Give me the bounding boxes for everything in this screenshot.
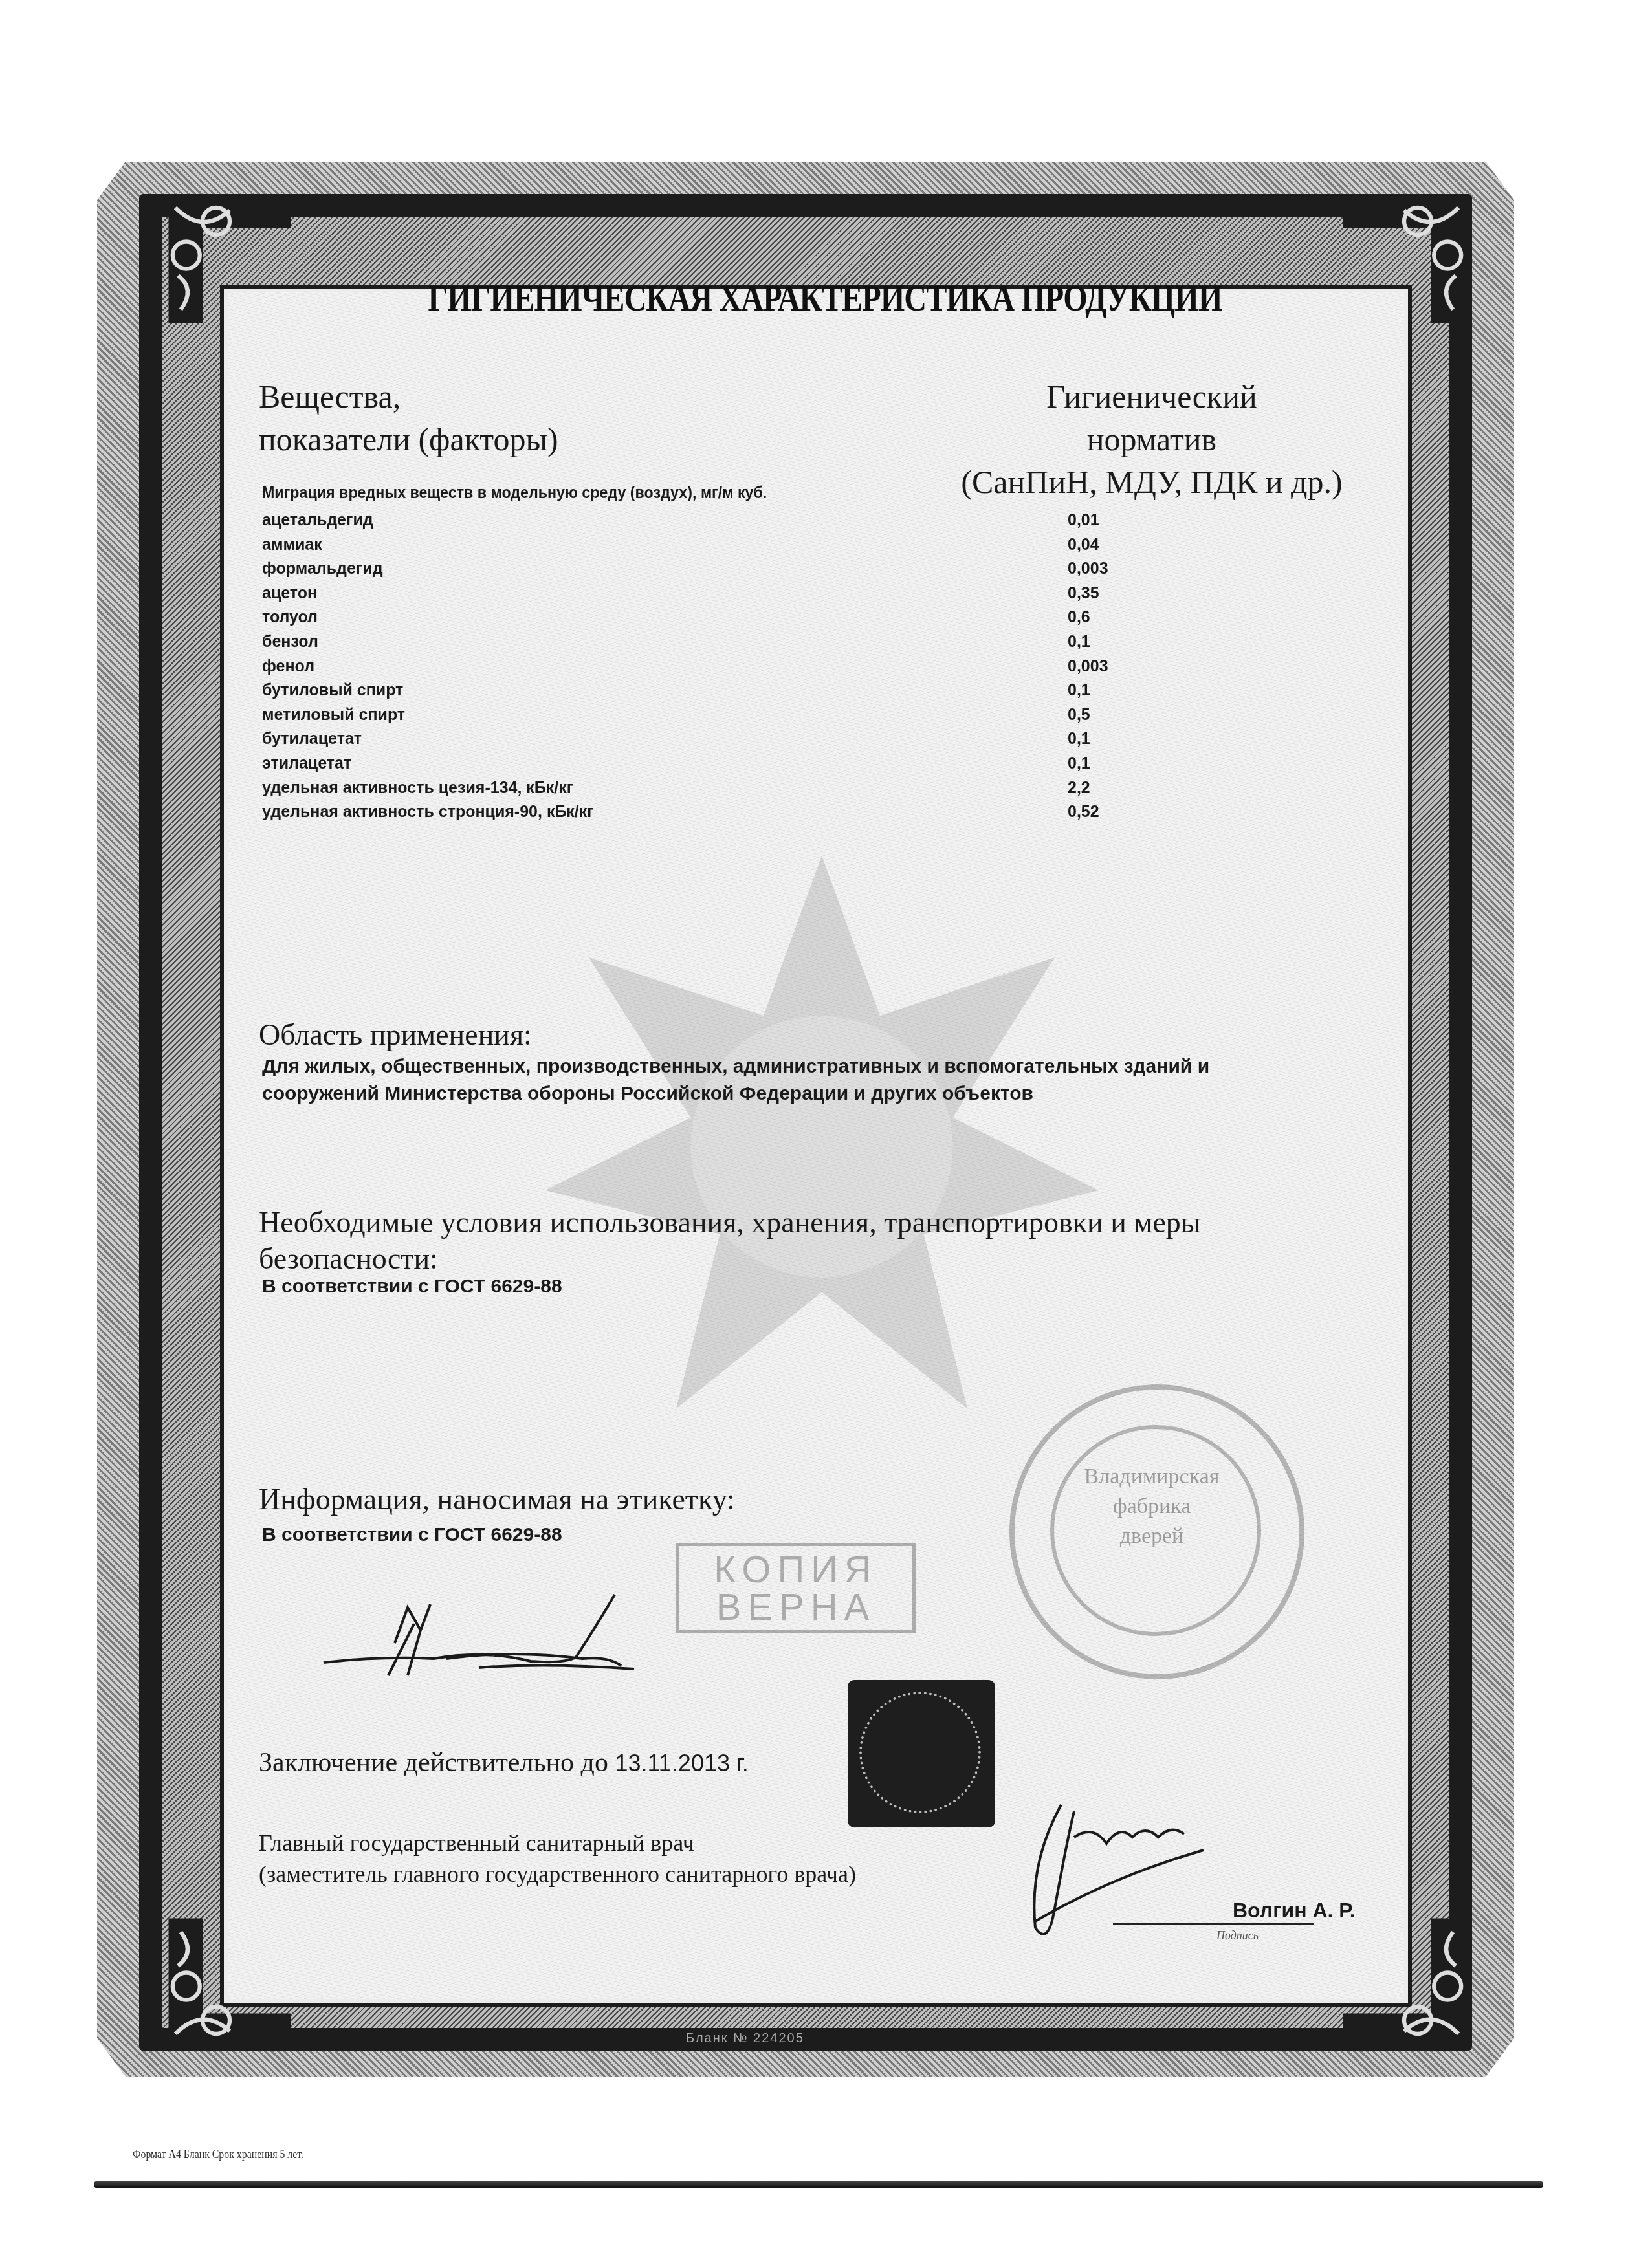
norm-value: 0,04 [1068, 536, 1099, 554]
label-info-heading: Информация, наносимая на этикетку: [259, 1481, 735, 1518]
signatory-title: Главный государственный санитарный врач … [259, 1827, 856, 1890]
substance-name: формальдегид [262, 560, 383, 578]
header-line: (СанПиН, МДУ, ПДК и др.) [925, 461, 1378, 503]
norm-value: 0,01 [1068, 511, 1099, 530]
blank-number: Бланк № 224205 [686, 2031, 804, 2046]
norm-value: 0,35 [1068, 584, 1099, 603]
norm-value: 0,1 [1068, 754, 1090, 773]
substances-table: ацетальдегид0,01аммиак0,04формальдегид0,… [262, 511, 1233, 827]
substance-name: фенол [262, 657, 314, 676]
official-seal-emblem [848, 1680, 995, 1827]
table-row: метиловый спирт0,5 [262, 706, 1233, 730]
substance-name: бензол [262, 633, 318, 651]
conditions-text: В соответствии с ГОСТ 6629-88 [262, 1273, 562, 1300]
signatory-line: (заместитель главного государственного с… [259, 1859, 856, 1890]
validity-label: Заключение действительно до [259, 1748, 608, 1778]
substance-name: ацетальдегид [262, 511, 373, 530]
scope-line: сооружений Министерства обороны Российск… [262, 1080, 1209, 1107]
organization-stamp-text: Владимирская фабрика дверей [1068, 1462, 1236, 1551]
table-row: фенол0,003 [262, 657, 1233, 682]
norm-value: 0,52 [1068, 803, 1099, 822]
norm-value: 0,1 [1068, 681, 1090, 700]
table-row: бензол0,1 [262, 633, 1233, 657]
watermark-rosette-icon [531, 841, 1113, 1423]
header-line: Вещества, [259, 375, 558, 418]
validity-line: Заключение действительно до 13.11.2013 г… [259, 1745, 749, 1782]
scope-text: Для жилых, общественных, производственны… [262, 1053, 1209, 1107]
scope-heading: Область применения: [259, 1017, 532, 1053]
signatory-line: Главный государственный санитарный врач [259, 1827, 856, 1859]
migration-heading: Миграция вредных веществ в модельную сре… [262, 484, 767, 503]
bottom-divider [94, 2181, 1543, 2188]
norm-value: 0,1 [1068, 633, 1090, 651]
substance-name: бутиловый спирт [262, 681, 403, 700]
norm-value: 0,1 [1068, 730, 1090, 748]
signatory-name: Волгин А. Р. [1233, 1899, 1356, 1923]
substance-name: бутилацетат [262, 730, 362, 748]
corner-ornament-icon [162, 1912, 298, 2047]
norm-value: 0,5 [1068, 706, 1090, 725]
table-row: удельная активность цезия-134, кБк/кг2,2 [262, 779, 1233, 803]
table-row: этилацетат0,1 [262, 754, 1233, 779]
stamp-line: фабрика [1068, 1492, 1236, 1521]
column-header-norm: Гигиенический норматив (СанПиН, МДУ, ПДК… [925, 375, 1378, 503]
norm-value: 2,2 [1068, 779, 1090, 798]
scope-line: Для жилых, общественных, производственны… [262, 1053, 1209, 1080]
stamp-line: дверей [1068, 1521, 1236, 1551]
stamp-line: КОПИЯ [679, 1551, 912, 1589]
table-row: удельная активность стронция-90, кБк/кг0… [262, 803, 1233, 827]
table-row: аммиак0,04 [262, 536, 1233, 560]
header-line: Гигиенический [925, 375, 1378, 418]
column-header-substances: Вещества, показатели (факторы) [259, 375, 558, 461]
page-title: ГИГИЕНИЧЕСКАЯ ХАРАКТЕРИСТИКА ПРОДУКЦИИ [116, 278, 1535, 320]
conditions-heading-line: Необходимые условия использования, хране… [259, 1205, 1201, 1241]
signature-icon [317, 1591, 654, 1688]
footer-note: Формат А4 Бланк Срок хранения 5 лет. [133, 2148, 303, 2161]
signature-line [1113, 1923, 1314, 1925]
substance-name: метиловый спирт [262, 706, 405, 725]
table-row: ацетон0,35 [262, 584, 1233, 609]
header-line: показатели (факторы) [259, 418, 558, 461]
substance-name: удельная активность стронция-90, кБк/кг [262, 803, 594, 822]
table-row: бутиловый спирт0,1 [262, 681, 1233, 706]
substance-name: аммиак [262, 536, 322, 554]
norm-value: 0,6 [1068, 608, 1090, 627]
table-row: толуол0,6 [262, 608, 1233, 633]
substance-name: толуол [262, 608, 318, 627]
conditions-heading: Необходимые условия использования, хране… [259, 1205, 1201, 1277]
signature-caption: Подпись [1216, 1929, 1259, 1943]
substance-name: удельная активность цезия-134, кБк/кг [262, 779, 573, 798]
chief-doctor-signature-icon [1009, 1798, 1216, 1947]
table-row: ацетальдегид0,01 [262, 511, 1233, 536]
substance-name: этилацетат [262, 754, 351, 773]
stamp-line: ВЕРНА [679, 1589, 912, 1626]
conditions-heading-line: безопасности: [259, 1241, 1201, 1277]
corner-ornament-icon [1336, 1912, 1472, 2047]
validity-date: 13.11.2013 г. [615, 1750, 748, 1776]
norm-value: 0,003 [1068, 560, 1108, 578]
table-row: формальдегид0,003 [262, 560, 1233, 584]
copy-certified-stamp: КОПИЯ ВЕРНА [676, 1543, 916, 1633]
stamp-line: Владимирская [1068, 1462, 1236, 1492]
label-info-text: В соответствии с ГОСТ 6629-88 [262, 1521, 562, 1549]
header-line: норматив [925, 418, 1378, 461]
norm-value: 0,003 [1068, 657, 1108, 676]
table-row: бутилацетат0,1 [262, 730, 1233, 754]
substance-name: ацетон [262, 584, 317, 603]
